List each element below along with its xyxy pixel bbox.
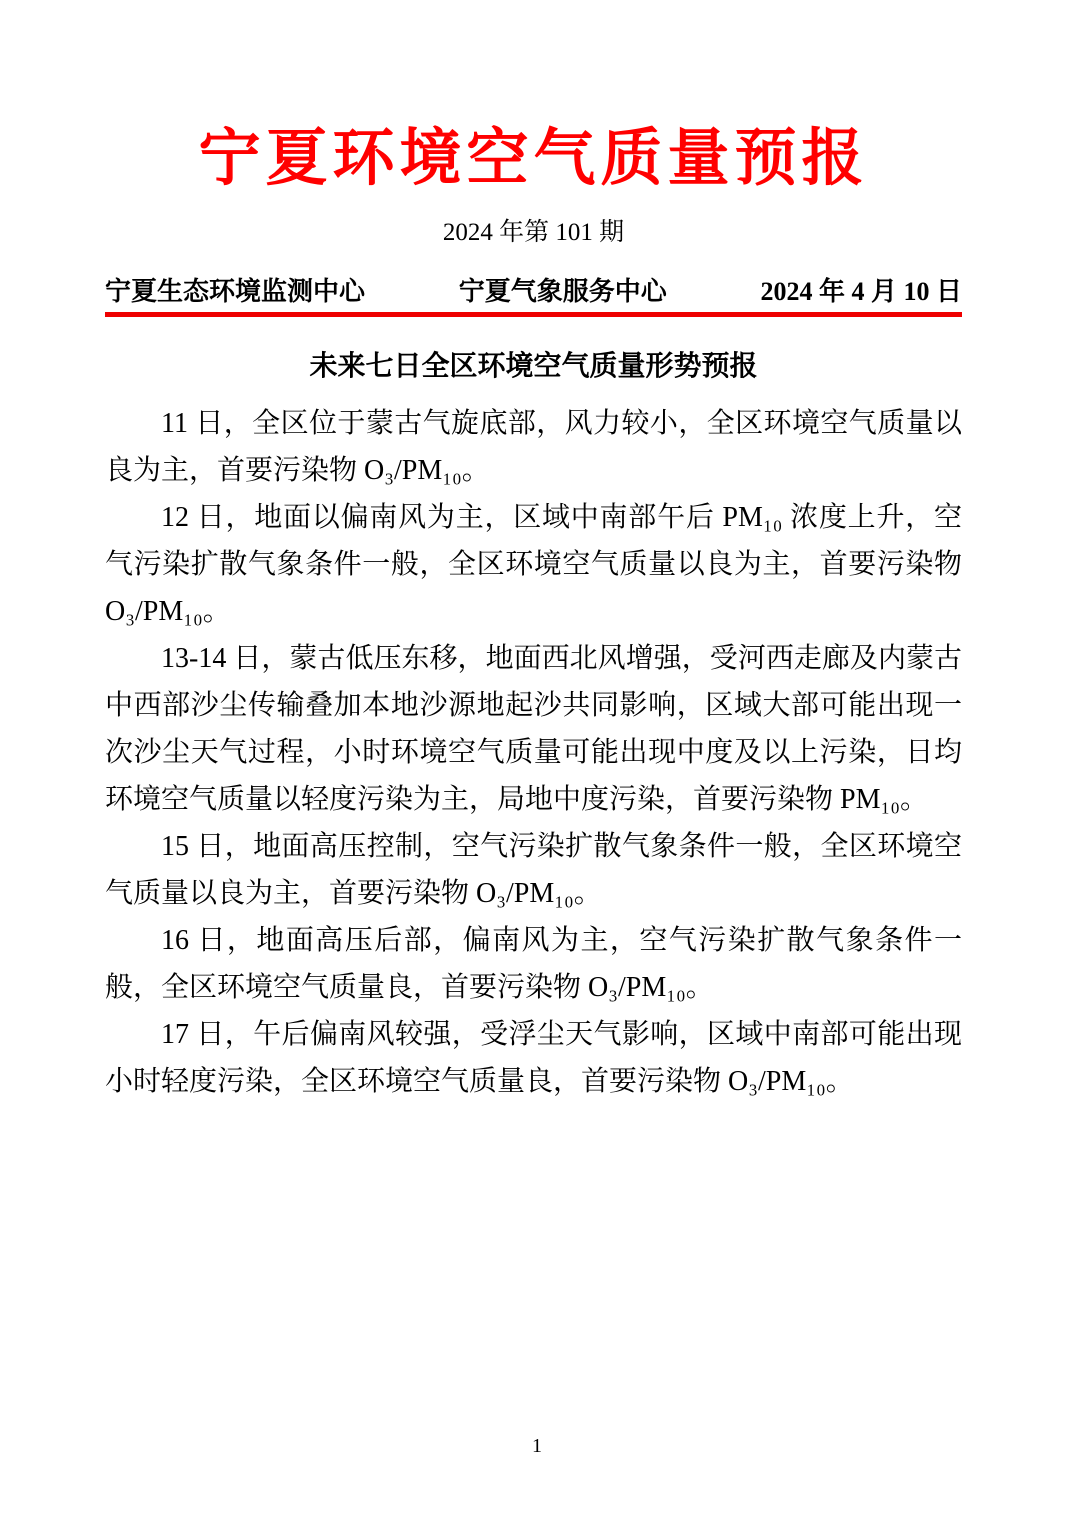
forecast-paragraph-day11: 11 日，全区位于蒙古气旋底部，风力较小，全区环境空气质量以良为主，首要污染物 … [105,400,962,494]
forecast-paragraph-day12: 12 日，地面以偏南风为主，区域中南部午后 PM₁₀ 浓度上升，空气污染扩散气象… [105,494,962,635]
page-number: 1 [0,1434,1074,1458]
forecast-paragraph-day15: 15 日，地面高压控制，空气污染扩散气象条件一般，全区环境空气质量以良为主，首要… [105,823,962,917]
section-title: 未来七日全区环境空气质量形势预报 [105,350,962,384]
document-title: 宁夏环境空气质量预报 [105,122,962,196]
forecast-paragraph-day13-14: 13-14 日，蒙古低压东移，地面西北风增强，受河西走廊及内蒙古中西部沙尘传输叠… [105,635,962,823]
forecast-body: 11 日，全区位于蒙古气旋底部，风力较小，全区环境空气质量以良为主，首要污染物 … [105,400,962,1105]
org-weather-center: 宁夏气象服务中心 [459,276,667,308]
red-divider [105,312,962,317]
document-page: 宁夏环境空气质量预报 2024 年第 101 期 宁夏生态环境监测中心 宁夏气象… [0,0,1074,1520]
publish-date: 2024 年 4 月 10 日 [760,276,962,308]
org-monitoring-center: 宁夏生态环境监测中心 [105,276,365,308]
forecast-paragraph-day16: 16 日，地面高压后部，偏南风为主，空气污染扩散气象条件一般，全区环境空气质量良… [105,917,962,1011]
issue-number: 2024 年第 101 期 [105,218,962,248]
forecast-paragraph-day17: 17 日，午后偏南风较强，受浮尘天气影响，区域中南部可能出现小时轻度污染，全区环… [105,1011,962,1105]
header-row: 宁夏生态环境监测中心 宁夏气象服务中心 2024 年 4 月 10 日 [105,276,962,308]
